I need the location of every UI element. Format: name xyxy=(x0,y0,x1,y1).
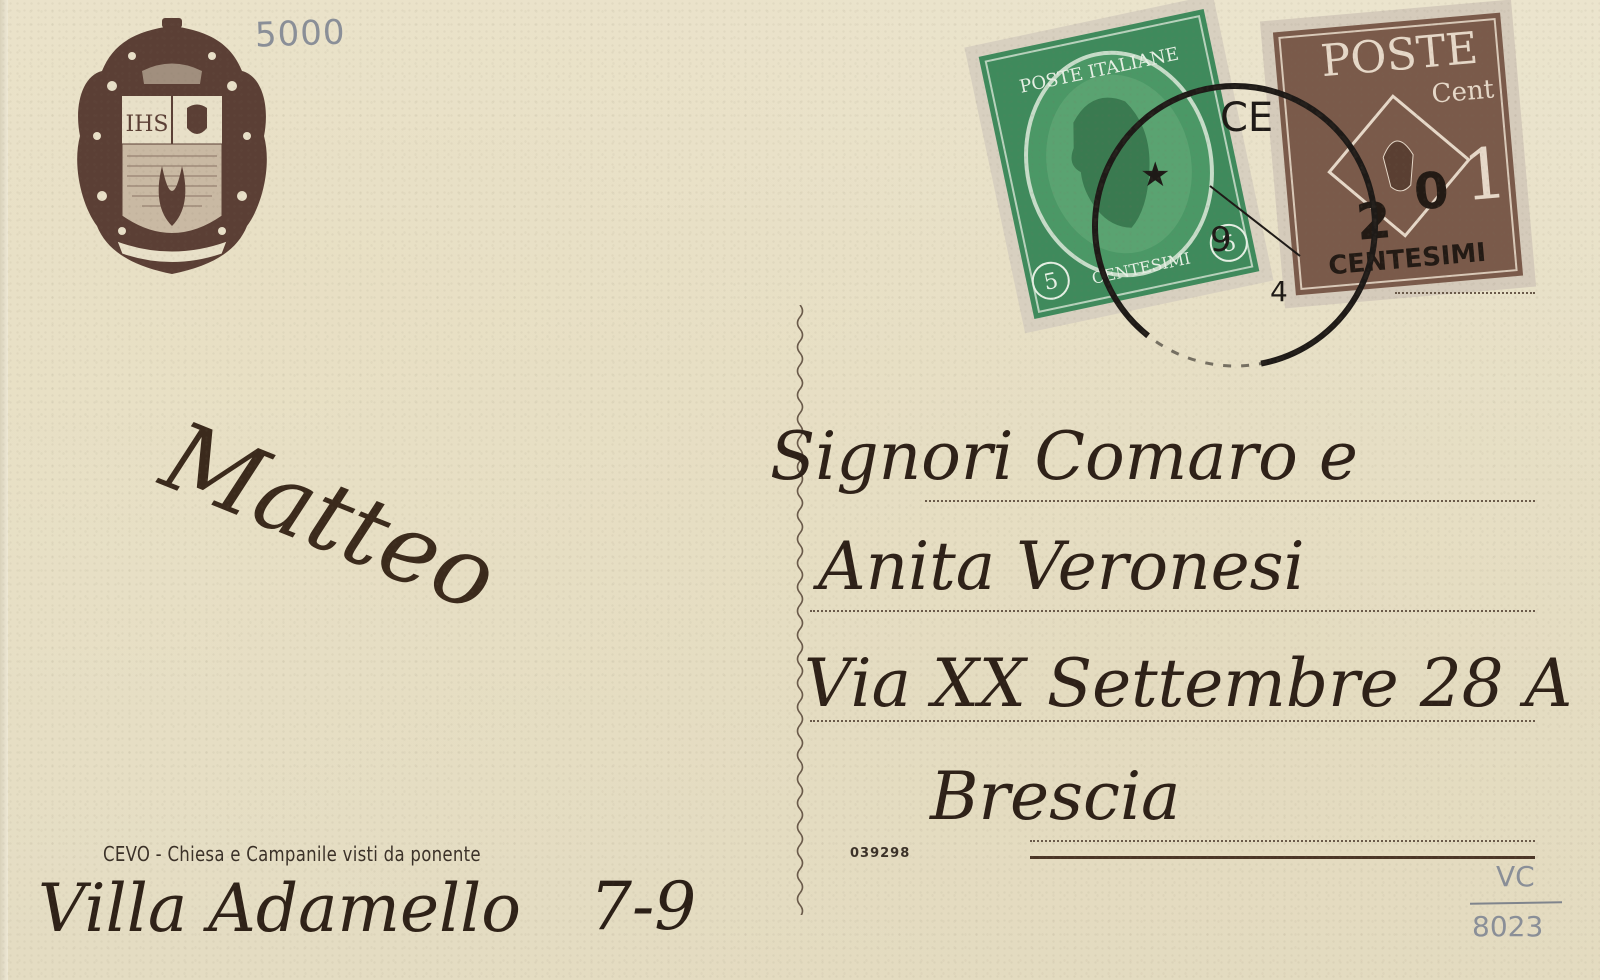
pencil-note-number: 8023 xyxy=(1472,910,1543,943)
svg-text:0: 0 xyxy=(1412,161,1452,222)
printed-caption: CEVO - Chiesa e Campanile visti da ponen… xyxy=(103,842,481,866)
crest-emblem-icon: IHS xyxy=(72,16,272,278)
pencil-divider xyxy=(1470,901,1562,905)
address-underline xyxy=(1030,856,1535,859)
address-recipient-1: Signori Comaro e xyxy=(770,418,1358,495)
serial-number: 039298 xyxy=(850,846,910,861)
postcard: IHS 5000 POSTE ITALIANE CENTESIMI 5 5 PO… xyxy=(0,0,1600,980)
svg-text:IHS: IHS xyxy=(126,112,169,137)
stamp-1-cent-overprint: POSTE Cent 1 2 0 CENTESIMI xyxy=(1256,0,1541,313)
card-edge xyxy=(0,0,8,980)
pencil-note-top: 5000 xyxy=(254,12,346,55)
svg-text:Cent: Cent xyxy=(1430,74,1495,109)
address-street: Via XX Settembre 28 A xyxy=(804,645,1572,722)
address-line-4 xyxy=(1030,840,1535,842)
message-salutation: Matteo xyxy=(148,400,512,634)
address-city: Brescia xyxy=(930,758,1180,835)
card-divider xyxy=(790,305,810,915)
address-recipient-2: Anita Veronesi xyxy=(818,528,1305,605)
address-line-stamp xyxy=(1395,292,1535,294)
svg-text:2: 2 xyxy=(1354,191,1394,252)
pencil-note-code: VC xyxy=(1496,860,1535,893)
svg-text:1: 1 xyxy=(1459,132,1511,218)
stamp-5-centesimi: POSTE ITALIANE CENTESIMI 5 5 xyxy=(960,0,1279,338)
message-date: 7-9 xyxy=(590,868,696,945)
sender-place: Villa Adamello xyxy=(38,870,521,947)
address-line-1 xyxy=(925,500,1535,502)
address-line-2 xyxy=(810,610,1535,612)
